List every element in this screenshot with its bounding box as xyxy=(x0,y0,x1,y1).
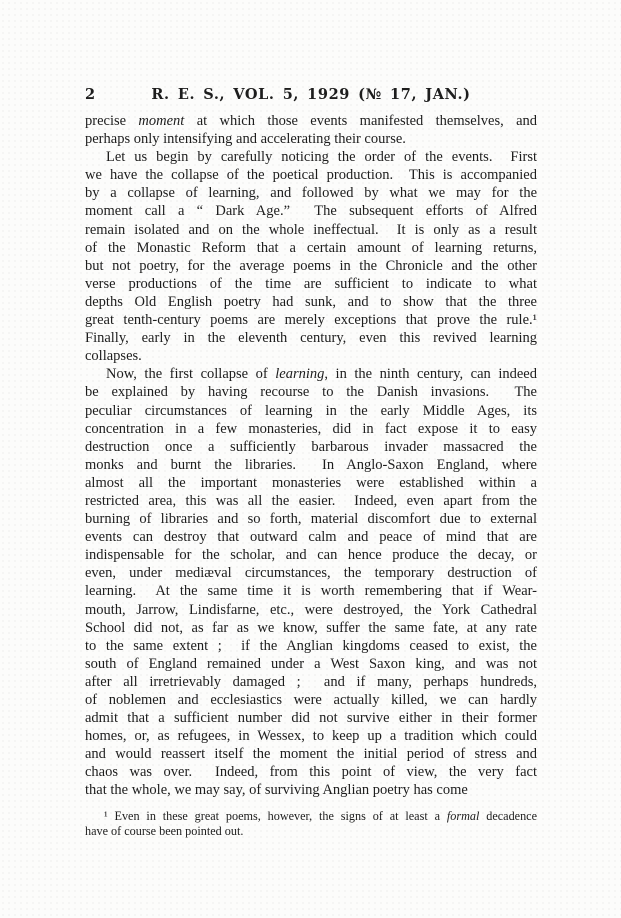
text-line: to the same extent ; if the Anglian king… xyxy=(85,637,537,655)
text-segment: verse productions of the time are suffic… xyxy=(85,276,537,292)
text-line: events can destroy that outward calm and… xyxy=(85,528,537,546)
text-line: learning. At the same time it is worth r… xyxy=(85,582,537,600)
text-segment: Let us begin by carefully noticing the o… xyxy=(106,149,537,165)
text-segment: events can destroy that outward calm and… xyxy=(85,529,537,545)
text-line: precise moment at which those events man… xyxy=(85,112,537,130)
text-line: great tenth-century poems are merely exc… xyxy=(85,311,537,329)
text-line: of the Monastic Reform that a certain am… xyxy=(85,239,537,257)
running-head: 2 R. E. S., VOL. 5, 1929 (№ 17, JAN.) xyxy=(85,86,537,103)
text-line: homes, or, as refugees, in Wessex, to ke… xyxy=(85,727,537,745)
text-segment: of the Monastic Reform that a certain am… xyxy=(85,240,537,256)
text-line: mouth, Jarrow, Lindisfarne, etc., were d… xyxy=(85,601,537,619)
text-segment: ¹ Even in these great poems, however, th… xyxy=(104,809,447,823)
footnote: ¹ Even in these great poems, however, th… xyxy=(85,809,537,839)
text-line: but not poetry, for the average poems in… xyxy=(85,257,537,275)
text-segment: mouth, Jarrow, Lindisfarne, etc., were d… xyxy=(85,602,537,618)
text-line: chaos was over. Indeed, from this point … xyxy=(85,763,537,781)
text-segment: but not poetry, for the average poems in… xyxy=(85,258,537,274)
text-line: almost all the important monasteries wer… xyxy=(85,474,537,492)
text-line: restricted area, this was all the easier… xyxy=(85,492,537,510)
text-segment: , in the ninth century, can indeed xyxy=(324,366,537,382)
text-segment: by a collapse of learning, and followed … xyxy=(85,185,537,201)
text-segment: burning of libraries and so forth, mater… xyxy=(85,511,537,527)
text-segment: south of England remained under a West S… xyxy=(85,656,537,672)
text-line: monks and burnt the libraries. In Anglo-… xyxy=(85,456,537,474)
text-line: Let us begin by carefully noticing the o… xyxy=(85,148,537,166)
text-segment: and would reassert itself the moment the… xyxy=(85,746,537,762)
text-segment: be explained by having recourse to the D… xyxy=(85,384,537,400)
italic-text: moment xyxy=(138,113,184,129)
text-segment: Now, the first collapse of xyxy=(106,366,275,382)
text-line: admit that a sufficient number did not s… xyxy=(85,709,537,727)
text-line: moment call a “ Dark Age.” The subsequen… xyxy=(85,202,537,220)
text-segment: perhaps only intensifying and accelerati… xyxy=(85,131,406,147)
text-segment: restricted area, this was all the easier… xyxy=(85,493,537,509)
text-segment: great tenth-century poems are merely exc… xyxy=(85,312,537,328)
journal-page: 2 R. E. S., VOL. 5, 1929 (№ 17, JAN.) pr… xyxy=(0,0,621,918)
text-segment: at which those events manifested themsel… xyxy=(184,113,537,129)
text-segment: decadence xyxy=(479,809,537,823)
italic-text: formal xyxy=(447,809,480,823)
text-line: be explained by having recourse to the D… xyxy=(85,383,537,401)
text-segment: almost all the important monasteries wer… xyxy=(85,475,537,491)
text-line: peculiar circumstances of learning in th… xyxy=(85,402,537,420)
text-line: and would reassert itself the moment the… xyxy=(85,745,537,763)
text-segment: admit that a sufficient number did not s… xyxy=(85,710,537,726)
running-header-title: R. E. S., VOL. 5, 1929 (№ 17, JAN.) xyxy=(85,86,537,103)
text-line: verse productions of the time are suffic… xyxy=(85,275,537,293)
text-segment: to the same extent ; if the Anglian king… xyxy=(85,638,537,654)
text-line: of noblemen and ecclesiastics were actua… xyxy=(85,691,537,709)
page-number: 2 xyxy=(85,86,96,103)
text-line: Now, the first collapse of learning, in … xyxy=(85,365,537,383)
text-segment: peculiar circumstances of learning in th… xyxy=(85,403,537,419)
text-line: School did not, as far as we know, suffe… xyxy=(85,619,537,637)
text-line: ¹ Even in these great poems, however, th… xyxy=(85,809,537,824)
text-segment: of noblemen and ecclesiastics were actua… xyxy=(85,692,537,708)
italic-text: learning xyxy=(275,366,324,382)
text-line: Finally, early in the eleventh century, … xyxy=(85,329,537,347)
text-line: south of England remained under a West S… xyxy=(85,655,537,673)
text-segment: Finally, early in the eleventh century, … xyxy=(85,330,537,346)
text-segment: collapses. xyxy=(85,348,142,364)
text-segment: moment call a “ Dark Age.” The subsequen… xyxy=(85,203,537,219)
text-line: that the whole, we may say, of surviving… xyxy=(85,781,537,799)
text-line: concentration in a few monasteries, did … xyxy=(85,420,537,438)
text-line: after all irretrievably damaged ; and if… xyxy=(85,673,537,691)
text-segment: indispensable for the scholar, and can h… xyxy=(85,547,537,563)
text-segment: chaos was over. Indeed, from this point … xyxy=(85,764,537,780)
text-segment: have of course been pointed out. xyxy=(85,824,243,838)
text-segment: homes, or, as refugees, in Wessex, to ke… xyxy=(85,728,537,744)
text-line: depths Old English poetry had sunk, and … xyxy=(85,293,537,311)
text-segment: School did not, as far as we know, suffe… xyxy=(85,620,537,636)
text-line: we have the collapse of the poetical pro… xyxy=(85,166,537,184)
text-line: by a collapse of learning, and followed … xyxy=(85,184,537,202)
article-body: precise moment at which those events man… xyxy=(85,112,537,800)
text-segment: learning. At the same time it is worth r… xyxy=(85,583,537,599)
text-segment: precise xyxy=(85,113,138,129)
text-segment: remain isolated and on the whole ineffec… xyxy=(85,222,537,238)
text-segment: we have the collapse of the poetical pro… xyxy=(85,167,537,183)
text-line: even, under mediæval circumstances, the … xyxy=(85,564,537,582)
text-segment: depths Old English poetry had sunk, and … xyxy=(85,294,537,310)
text-segment: concentration in a few monasteries, did … xyxy=(85,421,537,437)
text-segment: after all irretrievably damaged ; and if… xyxy=(85,674,537,690)
text-line: remain isolated and on the whole ineffec… xyxy=(85,221,537,239)
text-line: collapses. xyxy=(85,347,537,365)
text-segment: that the whole, we may say, of surviving… xyxy=(85,782,468,798)
text-segment: even, under mediæval circumstances, the … xyxy=(85,565,537,581)
text-line: indispensable for the scholar, and can h… xyxy=(85,546,537,564)
text-line: destruction once a sufficiently barbarou… xyxy=(85,438,537,456)
text-segment: destruction once a sufficiently barbarou… xyxy=(85,439,537,455)
text-line: burning of libraries and so forth, mater… xyxy=(85,510,537,528)
text-segment: monks and burnt the libraries. In Anglo-… xyxy=(85,457,537,473)
text-line: perhaps only intensifying and accelerati… xyxy=(85,130,537,148)
text-line: have of course been pointed out. xyxy=(85,824,537,839)
